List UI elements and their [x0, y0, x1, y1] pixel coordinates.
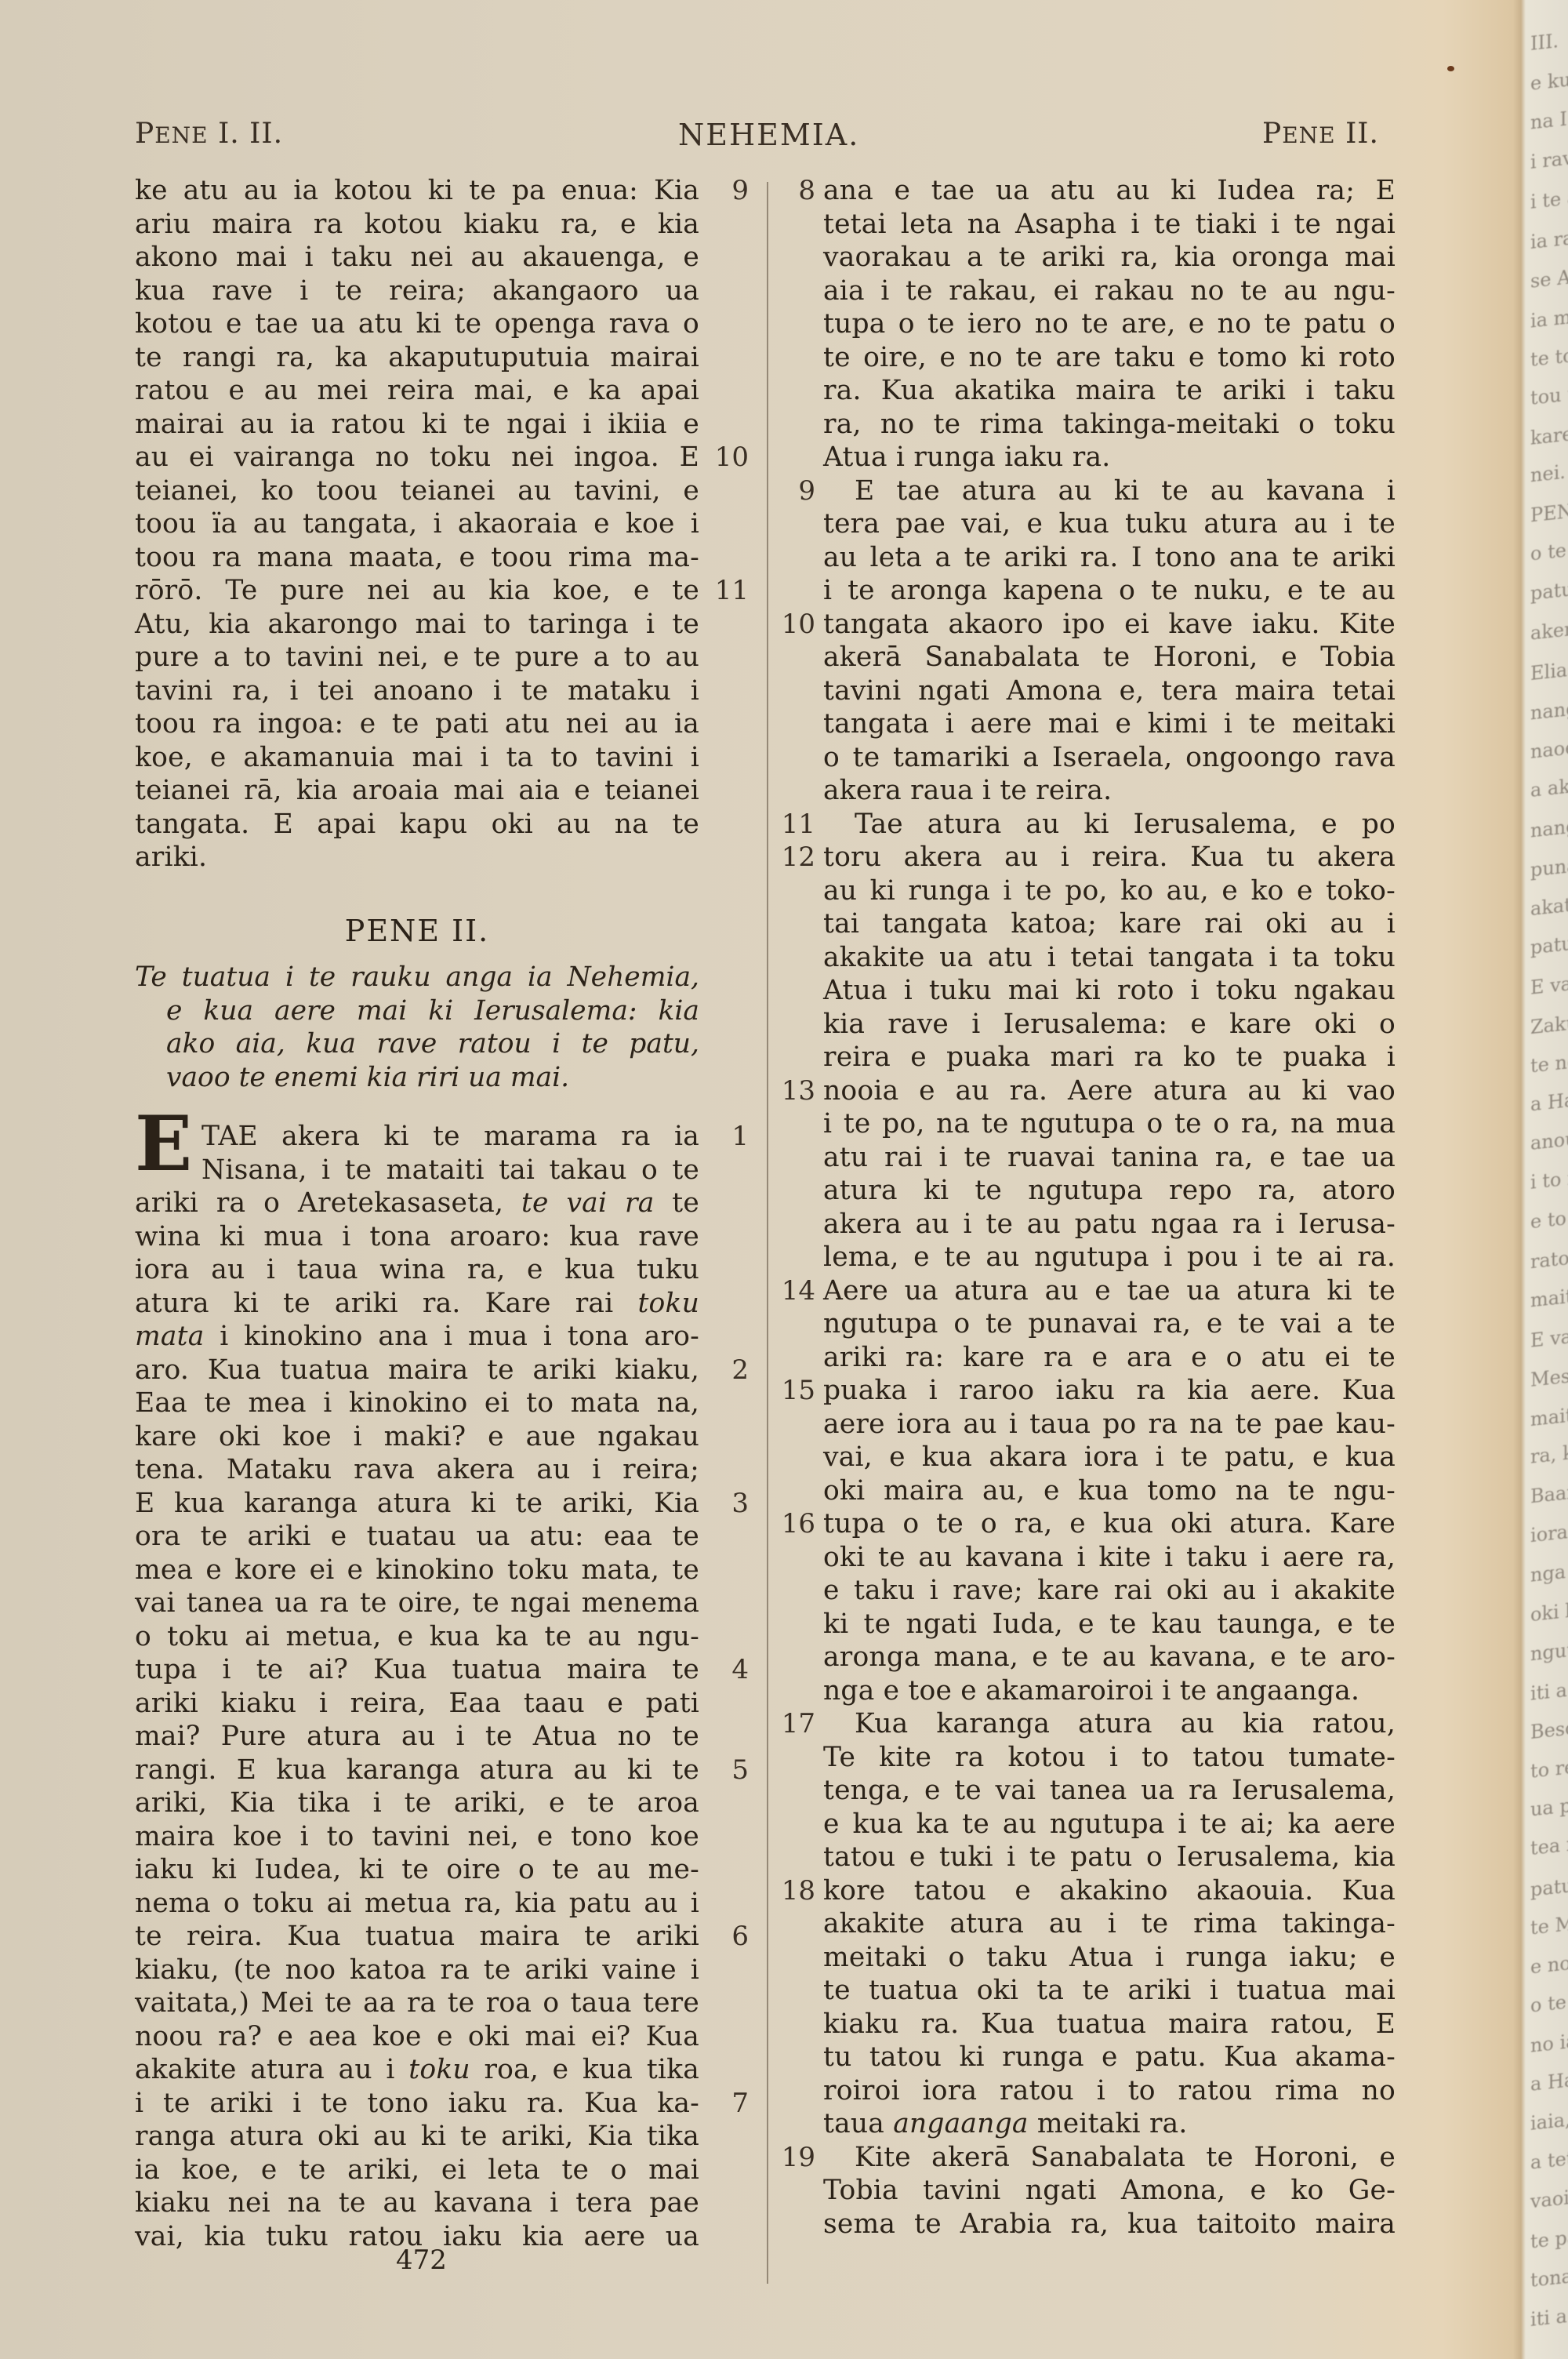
text-line: Atua i runga iaku ra.: [823, 441, 1396, 474]
text-line: reira e puaka mari ra ko te puaka i: [823, 1041, 1396, 1074]
verse-number: 9: [702, 174, 749, 207]
facing-page-text: iaia, k: [1530, 2106, 1568, 2135]
facing-page-text: Mesulam: [1530, 1360, 1568, 1391]
text-segment: tu tatou ki runga e patu. Kua akama-: [823, 2041, 1396, 2073]
text-line: mea e kore ei e kinokino toku mata, te: [135, 1554, 699, 1587]
text-segment: iora au i taua wina ra, e kua tuku: [135, 1254, 699, 1285]
running-header-right: PENE II.: [1262, 118, 1379, 150]
facing-page-text: o te: [1530, 540, 1566, 565]
running-header-left: PENE I. II.: [135, 118, 283, 150]
facing-page-text: ia matou: [1530, 301, 1568, 332]
verse-number: 7: [702, 2087, 749, 2120]
text-line: ana e tae ua atu au ki Iudea ra; E: [823, 174, 1396, 207]
text-line: vaitata,) Mei te aa ra te roa o taua ter…: [135, 1986, 699, 2019]
text-line: mai? Pure atura au i te Atua no te: [135, 1720, 699, 1753]
facing-page-text: i to re: [1530, 1165, 1568, 1194]
text-line: nga e toe e akamaroiroi i te angaanga.: [823, 1674, 1396, 1707]
text-line: oki maira au, e kua tomo na te ngu-: [823, 1474, 1396, 1507]
text-segment: oki maira au, e kua tomo na te ngu-: [823, 1475, 1396, 1507]
facing-page-text: E vaitata: [1530, 1321, 1568, 1351]
verse-number: 12: [768, 841, 815, 874]
facing-page-text: a Hase: [1530, 1087, 1568, 1116]
text-segment: te: [654, 1187, 699, 1219]
text-line: Te kite ra kotou i to tatou tumate-: [823, 1741, 1396, 1774]
facing-page-text: vaoia: [1530, 2186, 1568, 2213]
text-segment: i te aronga kapena o te nuku, e te au: [823, 575, 1396, 606]
text-line: rōrō. Te pure nei au kia koe, e te: [135, 574, 699, 607]
text-line: vai tanea ua ra te oire, te ngai menema: [135, 1587, 699, 1619]
facing-page-text: nei.: [1530, 461, 1566, 487]
text-segment: nema o toku ai metua ra, kia patu au i: [135, 1888, 699, 1919]
text-line: koe, e akamanuia mai i ta to tavini i: [135, 741, 699, 774]
facing-page-text: no iaia,: [1530, 2027, 1568, 2056]
text-segment: lema, e te au ngutupa i pou i te ai ra.: [823, 1241, 1396, 1273]
text-segment: akakite atura au i: [135, 2054, 408, 2085]
text-segment: akerā Sanabalata te Horoni, e Tobia: [823, 642, 1396, 673]
text-segment: Te kite ra kotou i to tatou tumate-: [823, 1742, 1396, 1773]
text-segment: vaitata,) Mei te aa ra te roa o taua ter…: [135, 1987, 699, 2019]
text-segment: reira e puaka mari ra ko te puaka i: [823, 1041, 1396, 1073]
text-segment: kiaku ra. Kua tuatua maira ratou, E: [823, 2008, 1396, 2040]
text-segment: aere iora au i taua po ra na te pae kau-: [823, 1408, 1396, 1440]
facing-page-text: a teta: [1530, 2146, 1568, 2173]
verse-number: 5: [702, 1754, 749, 1787]
text-line: oki te au kavana i kite i taku i aere ra…: [823, 1541, 1396, 1574]
facing-page-text: oki ki te: [1530, 1596, 1568, 1626]
text-line: akono mai i taku nei au akauenga, e: [135, 241, 699, 274]
running-header-book-title: NEHEMIA.: [678, 118, 859, 152]
text-segment: iaku ki Iudea, ki te oire o te au me-: [135, 1854, 699, 1885]
text-segment: puaka i raroo iaku ra kia aere. Kua: [823, 1375, 1396, 1406]
text-line: ke atu au ia kotou ki te pa enua: Kia: [135, 174, 699, 207]
text-line: kore tatou e akakino akaouia. Kua: [823, 1874, 1396, 1907]
text-line: Tae atura au ki Ierusalema, e po: [855, 808, 1396, 841]
text-line: vai, e kua akara iora i te patu, e kua: [823, 1441, 1396, 1474]
text-line: ngutupa o te punavai ra, e te vai a te: [823, 1307, 1396, 1340]
text-segment: i kinokino ana i mua i tona aro-: [205, 1321, 699, 1352]
summary-line: vaoo te enemi kia riri ua mai.: [166, 1061, 699, 1094]
facing-page-text: nanga m: [1530, 811, 1568, 841]
text-segment: e taku i rave; kare rai oki au i akakite: [823, 1575, 1396, 1606]
facing-page-text: III.: [1530, 30, 1559, 55]
text-segment: o toku ai metua, e kua ka te au ngu-: [135, 1621, 699, 1652]
text-line: Nisana, i te mataiti tai takau o te: [201, 1154, 699, 1187]
text-line: E kua karanga atura ki te ariki, Kia: [135, 1487, 699, 1520]
text-line: iora au i taua wina ra, e kua tuku: [135, 1253, 699, 1286]
text-line: aronga mana, e te au kavana, e te aro-: [823, 1641, 1396, 1674]
facing-page-text: tona r: [1530, 2263, 1568, 2292]
text-line: TAE akera ki te marama ra ia: [201, 1120, 699, 1153]
facing-page-text: iora to: [1530, 1518, 1568, 1547]
text-segment: akakite atura au i te rima takinga-: [823, 1908, 1396, 1939]
text-line: au ki runga i te po, ko au, e ko e toko-: [823, 874, 1396, 907]
verse-number: 11: [702, 574, 749, 607]
text-segment: Tobia tavini ngati Amona, e ko Ge-: [823, 2175, 1396, 2206]
text-segment: i te po, na te ngutupa o te o ra, na mua: [823, 1108, 1396, 1140]
text-line: au ei vairanga no toku nei ingoa. E: [135, 441, 699, 474]
facing-page-text: Eliasiba: [1530, 655, 1568, 685]
text-segment: tena. Mataku rava akera au i reira;: [135, 1454, 699, 1485]
text-segment: ra. Kua akatika maira te ariki i taku: [823, 375, 1396, 406]
text-segment: tatou e tuki i te patu o Ierusalema, kia: [823, 1841, 1396, 1873]
verse-number: 15: [768, 1374, 815, 1407]
text-line: toou ra ingoa: e te pati atu nei au ia: [135, 707, 699, 740]
text-segment: TAE akera ki te marama ra ia: [201, 1121, 699, 1152]
text-line: i te aronga kapena o te nuku, e te au: [823, 574, 1396, 607]
text-line: tera pae vai, e kua tuku atura au i te: [823, 507, 1396, 540]
facing-page-text: te Men: [1530, 1910, 1568, 1939]
text-segment: meitaki ra.: [1029, 2108, 1188, 2139]
verse-number: 16: [768, 1507, 815, 1540]
text-line: E tae atura au ki te au kavana i: [855, 474, 1396, 507]
verse-number: 2: [702, 1354, 749, 1387]
text-line: Atua i tuku mai ki roto i toku ngakau: [823, 974, 1396, 1007]
text-line: kotou e tae ua atu ki te openga rava o: [135, 307, 699, 340]
text-line: ariki ra: kare ra e ara e o atu ei te: [823, 1341, 1396, 1374]
text-segment: mai? Pure atura au i te Atua no te: [135, 1721, 699, 1752]
text-line: ariki.: [135, 841, 699, 874]
text-segment: rangi. E kua karanga atura au ki te: [135, 1754, 699, 1786]
facing-page-text: Besodei: [1530, 1714, 1568, 1743]
text-segment: kiaku nei na te au kavana i tera pae: [135, 2187, 699, 2219]
text-segment: te oire, e no te are taku e tomo ki roto: [823, 342, 1396, 373]
text-segment: tetai leta na Asapha i te tiaki i te nga…: [823, 209, 1396, 240]
facing-page-text: tea r: [1530, 1833, 1568, 1859]
text-line: tai tangata katoa; kare rai oki au i: [823, 907, 1396, 940]
text-line: iaku ki Iudea, ki te oire o te au me-: [135, 1853, 699, 1886]
text-segment: o te tamariki a Iseraela, ongoongo rava: [823, 742, 1396, 773]
text-line: ra, no te rima takinga-meitaki o toku: [823, 408, 1396, 441]
text-segment: ngutupa o te punavai ra, e te vai a te: [823, 1308, 1396, 1339]
text-line: te rangi ra, ka akaputuputuia mairai: [135, 341, 699, 374]
text-segment: atura ki te ariki ra. Kare rai: [135, 1288, 637, 1319]
text-line: i te po, na te ngutupa o te o ra, na mua: [823, 1107, 1396, 1140]
text-line: taua angaanga meitaki ra.: [823, 2107, 1396, 2140]
facing-page-text: te ngutu: [1530, 1047, 1568, 1078]
summary-line: Te tuatua i te rauku anga ia Nehemia,: [135, 961, 699, 994]
text-line: aere iora au i taua po ra na te pae kau-: [823, 1408, 1396, 1441]
text-line: kiaku, (te noo katoa ra te ariki vaine i: [135, 1954, 699, 1986]
text-line: akakite atura au i te rima takinga-: [823, 1907, 1396, 1940]
text-line: kiaku nei na te au kavana i tera pae: [135, 2186, 699, 2219]
text-line: toru akera au i reira. Kua tu akera: [823, 841, 1396, 874]
book-page: PENE I. II. NEHEMIA. PENE II. ke atu au …: [0, 0, 1517, 2359]
text-line: tenga, e te vai tanea ua ra Ierusalema,: [823, 1774, 1396, 1807]
text-line: teianei rā, kia aroaia mai aia e teianei: [135, 774, 699, 807]
italic-text: te vai ra: [521, 1187, 655, 1219]
text-line: o toku ai metua, e kua ka te au ngu-: [135, 1620, 699, 1653]
drop-cap: E: [135, 1111, 192, 1177]
text-line: Kua karanga atura au kia ratou,: [855, 1707, 1396, 1740]
text-line: ki te ngati Iuda, e te kau taunga, e te: [823, 1608, 1396, 1641]
text-line: mairai au ia ratou ki te ngai i ikiia e: [135, 408, 699, 441]
text-line: kare oki koe i maki? e aue ngakau: [135, 1420, 699, 1453]
text-line: te tuatua oki ta te ariki i tuatua mai: [823, 1974, 1396, 2007]
text-segment: tangata i aere mai e kimi i te meitaki: [823, 708, 1396, 740]
text-line: kia rave i Ierusalema: e kare oki o: [823, 1008, 1396, 1041]
text-line: tupa i te ai? Kua tuatua maira te: [135, 1653, 699, 1686]
italic-text: toku: [637, 1288, 699, 1319]
text-line: akakite atura au i toku roa, e kua tika: [135, 2053, 699, 2086]
text-segment: akera au i te au patu ngaa ra i Ierusa-: [823, 1209, 1396, 1240]
text-line: te oire, e no te are taku e tomo ki roto: [823, 341, 1396, 374]
facing-page-text: e to re: [1530, 1205, 1568, 1233]
text-line: tavini ra, i tei anoano i te mataku i: [135, 674, 699, 707]
text-line: e kua ka te au ngutupa i te ai; ka aere: [823, 1808, 1396, 1841]
facing-page-text: to reira: [1530, 1753, 1568, 1783]
text-segment: ra, no te rima takinga-meitaki o toku: [823, 409, 1396, 440]
verse-number: 3: [702, 1487, 749, 1520]
text-segment: taua: [823, 2108, 893, 2139]
text-line: tupa o te o ra, e kua oki atura. Kare: [823, 1507, 1396, 1540]
text-segment: roiroi iora ratou i to ratou rima no: [823, 2075, 1396, 2106]
text-line: tangata. E apai kapu oki au na te: [135, 808, 699, 841]
text-line: tangata akaoro ipo ei kave iaku. Kite: [823, 608, 1396, 641]
text-line: tavini ngati Amona e, tera maira tetai: [823, 674, 1396, 707]
text-segment: kiaku, (te noo katoa ra te ariki vaine i: [135, 1954, 699, 1986]
text-line: kiaku ra. Kua tuatua maira ratou, E: [823, 2008, 1396, 2041]
verse-number: 17: [768, 1707, 815, 1740]
text-line: aro. Kua tuatua maira te ariki kiaku,: [135, 1354, 699, 1387]
text-segment: tera pae vai, e kua tuku atura au i te: [823, 508, 1396, 540]
text-segment: Aere ua atura au e tae ua atura ki te: [823, 1275, 1396, 1307]
facing-page-text: naoe ra: [1530, 733, 1568, 763]
verse-number: 1: [702, 1120, 749, 1153]
text-segment: ariki kiaku i reira, Eaa taau e pati: [135, 1688, 699, 1719]
text-line: vaorakau a te ariki ra, kia oronga mai: [823, 241, 1396, 274]
facing-page-text: tou tu: [1530, 381, 1568, 409]
text-segment: te tuatua oki ta te ariki i tuatua mai: [823, 1975, 1396, 2006]
italic-text: mata: [135, 1321, 205, 1352]
text-segment: ki te ngati Iuda, e te kau taunga, e te: [823, 1608, 1396, 1640]
text-segment: ranga atura oki au ki te ariki, Kia tika: [135, 2121, 699, 2152]
text-line: roiroi iora ratou i to ratou rima no: [823, 2074, 1396, 2107]
text-segment: nooia e au ra. Aere atura au ki vao: [823, 1075, 1396, 1107]
facing-page-text: Zakura te: [1530, 1007, 1568, 1038]
verse-number: 11: [768, 808, 815, 841]
text-line: i te ariki i te tono iaku ra. Kua ka-: [135, 2087, 699, 2120]
verse-number: 14: [768, 1274, 815, 1307]
text-segment: akera raua i te reira.: [823, 775, 1112, 806]
text-line: akerā Sanabalata te Horoni, e Tobia: [823, 641, 1396, 674]
verse-number: 10: [702, 441, 749, 474]
text-segment: Atua i runga iaku ra.: [823, 442, 1110, 473]
facing-page-text: te patu: [1530, 2223, 1568, 2252]
text-segment: ariki ra o Aretekasaseta,: [135, 1187, 521, 1219]
text-line: aia i te rakau, ei rakau no te au ngu-: [823, 274, 1396, 307]
verse-number: 19: [768, 2141, 815, 2174]
facing-page-text: maiti a M: [1530, 1399, 1568, 1430]
facing-page-text: anou i: [1530, 1126, 1568, 1154]
facing-page-text: o te k: [1530, 1989, 1568, 2016]
text-segment: wina ki mua i tona aroaro: kua rave: [135, 1221, 699, 1252]
text-segment: vaorakau a te ariki ra, kia oronga mai: [823, 242, 1396, 273]
text-segment: ana e tae ua atu au ki Iudea ra; E: [823, 175, 1396, 206]
text-line: e taku i rave; kare rai oki au i akakite: [823, 1574, 1396, 1607]
text-segment: kare oki koe i maki? e aue ngakau: [135, 1421, 699, 1452]
text-segment: nga e toe e akamaroiroi i te angaanga.: [823, 1675, 1359, 1707]
facing-page-text: kare ok: [1530, 420, 1568, 449]
facing-page-text: ua pa: [1530, 1793, 1568, 1820]
verse-number: 13: [768, 1074, 815, 1107]
text-line: tena. Mataku rava akera au i reira;: [135, 1453, 699, 1486]
facing-page-text: patu: [1530, 578, 1568, 605]
text-line: toou ra mana maata, e toou rima ma-: [135, 541, 699, 574]
text-line: Tobia tavini ngati Amona, e ko Ge-: [823, 2174, 1396, 2207]
text-segment: maira koe i to tavini nei, e tono koe: [135, 1821, 699, 1852]
verse-number: 10: [768, 608, 815, 641]
text-segment: i te ariki i te tono iaku ra. Kua ka-: [135, 2088, 699, 2119]
text-line: tupa o te iero no te are, e no te patu o: [823, 307, 1396, 340]
text-segment: atura ki te ngutupa repo ra, atoro: [823, 1175, 1396, 1206]
text-segment: mea e kore ei e kinokino toku mata, te: [135, 1554, 699, 1586]
facing-page-text: ra, ku: [1530, 1440, 1568, 1467]
text-line: ariki, Kia tika i te ariki, e te aroa: [135, 1787, 699, 1819]
facing-page-text: ia ratou: [1530, 224, 1568, 253]
text-segment: akakite ua atu i tetai tangata i ta toku: [823, 942, 1396, 973]
text-line: atura ki te ngutupa repo ra, atoro: [823, 1174, 1396, 1207]
text-segment: tangata akaoro ipo ei kave iaku. Kite: [823, 609, 1396, 640]
verse-number: 9: [768, 474, 815, 507]
text-line: sema te Arabia ra, kua taitoito maira: [823, 2208, 1396, 2241]
text-line: mata i kinokino ana i mua i tona aro-: [135, 1320, 699, 1353]
text-segment: E tae atura au ki te au kavana i: [855, 475, 1396, 507]
text-line: lema, e te au ngutupa i pou i te ai ra.: [823, 1241, 1396, 1274]
text-line: ariki ra o Aretekasaseta, te vai ra te: [135, 1187, 699, 1219]
facing-page-text: patu io: [1530, 930, 1568, 959]
text-segment: aia i te rakau, ei rakau no te au ngu-: [823, 275, 1396, 307]
text-segment: kia rave i Ierusalema: e kare oki o: [823, 1009, 1396, 1040]
verse-number: 8: [768, 174, 815, 207]
text-segment: toru akera au i reira. Kua tu akera: [823, 841, 1396, 873]
text-line: wina ki mua i tona aroaro: kua rave: [135, 1220, 699, 1253]
text-segment: Tae atura au ki Ierusalema, e po: [855, 809, 1396, 840]
text-segment: meitaki o taku Atua i runga iaku; e: [823, 1942, 1396, 1973]
facing-page-text: punangu: [1530, 850, 1568, 881]
text-line: rangi. E kua karanga atura au ki te: [135, 1754, 699, 1787]
text-line: tetai leta na Asapha i te tiaki i te nga…: [823, 208, 1396, 241]
text-segment: Atua i tuku mai ki roto i toku ngakau: [823, 975, 1396, 1006]
text-line: tatou e tuki i te patu o Ierusalema, kia: [823, 1841, 1396, 1874]
text-segment: aro. Kua tuatua maira te ariki kiaku,: [135, 1354, 699, 1386]
text-line: akera au i te au patu ngaa ra i Ierusa-: [823, 1208, 1396, 1241]
text-line: maira koe i to tavini nei, e tono koe: [135, 1820, 699, 1853]
text-segment: vai tanea ua ra te oire, te ngai menema: [135, 1587, 699, 1619]
text-segment: e kua ka te au ngutupa i te ai; ka aere: [823, 1808, 1396, 1840]
text-segment: sema te Arabia ra, kua taitoito maira: [823, 2208, 1396, 2240]
text-segment: noou ra? e aea koe e oki mai ei? Kua: [135, 2021, 699, 2052]
text-segment: tai tangata katoa; kare rai oki au i: [823, 908, 1396, 940]
summary-line: ako aia, kua rave ratou i te patu,: [166, 1027, 699, 1060]
facing-page-text: iti a H: [1530, 2303, 1568, 2331]
text-line: ariki kiaku i reira, Eaa taau e pati: [135, 1687, 699, 1720]
facing-page-text: e ku: [1530, 68, 1568, 94]
text-segment: oki te au kavana i kite i taku i aere ra…: [823, 1542, 1396, 1573]
text-line: te reira. Kua tuatua maira te ariki: [135, 1920, 699, 1953]
text-segment: tupa o te iero no te are, e no te patu o: [823, 308, 1396, 340]
text-segment: kore tatou e akakino akaouia. Kua: [823, 1875, 1396, 1906]
text-segment: roa, e kua tika: [470, 2054, 699, 2085]
text-line: Eaa te mea i kinokino ei to mata na,: [135, 1387, 699, 1419]
text-line: Atu, kia akarongo mai to taringa i te: [135, 608, 699, 641]
text-line: teianei, ko toou teianei au tavini, e: [135, 474, 699, 507]
text-line: ia koe, e te ariki, ei leta te o mai: [135, 2154, 699, 2186]
text-line: ora te ariki e tuatau ua atu: eaa te: [135, 1520, 699, 1553]
facing-page-text: Baana.: [1530, 1479, 1568, 1508]
text-line: tangata i aere mai e kimi i te meitaki: [823, 707, 1396, 740]
text-segment: Nisana, i te mataiti tai takau o te: [201, 1154, 699, 1186]
chapter-heading: PENE II.: [135, 914, 699, 948]
facing-page-text: E vaitata: [1530, 968, 1568, 998]
text-line: tu tatou ki runga e patu. Kua akama-: [823, 2041, 1396, 2074]
facing-page-text: i te ar: [1530, 185, 1568, 213]
verse-number: 18: [768, 1874, 815, 1907]
text-line: Kite akerā Sanabalata te Horoni, e: [855, 2141, 1396, 2174]
text-segment: vai, e kua akara iora i te patu, e kua: [823, 1441, 1396, 1473]
text-line: Aere ua atura au e tae ua atura ki te: [823, 1274, 1396, 1307]
text-line: kua rave i te reira; akangaoro ua: [135, 274, 699, 307]
text-line: toou ïa au tangata, i akaoraia e koe i: [135, 507, 699, 540]
text-segment: E kua karanga atura ki te ariki, Kia: [135, 1488, 699, 1519]
text-line: ra. Kua akatika maira te ariki i taku: [823, 374, 1396, 407]
text-line: akera raua i te reira.: [823, 774, 1396, 807]
facing-page-text: a akat: [1530, 773, 1568, 801]
text-segment: au ki runga i te po, ko au, e ko e toko-: [823, 875, 1396, 907]
italic-text: toku: [408, 2054, 470, 2085]
facing-page-text: te toma: [1530, 341, 1568, 371]
facing-page-text: PENI: [1530, 500, 1568, 527]
text-line: nooia e au ra. Aere atura au ki vao: [823, 1074, 1396, 1107]
facing-page-text: maiti a: [1530, 1283, 1568, 1312]
italic-text: angaanga: [893, 2108, 1028, 2139]
facing-page-text: a Han: [1530, 2067, 1568, 2095]
text-line: pure a to tavini nei, e te pure a to au: [135, 641, 699, 674]
text-line: atura ki te ariki ra. Kare rai toku: [135, 1287, 699, 1320]
facing-page-text: i rav: [1530, 147, 1568, 173]
verse-number: 6: [702, 1920, 749, 1953]
text-segment: ora te ariki e tuatau ua atu: eaa te: [135, 1521, 699, 1552]
facing-page-text: akera: [1530, 616, 1568, 644]
text-line: o te tamariki a Iseraela, ongoongo rava: [823, 741, 1396, 774]
text-segment: te reira. Kua tuatua maira te ariki: [135, 1921, 699, 1952]
facing-page-text: na I: [1530, 108, 1567, 134]
facing-page-text: iti a Pase: [1530, 1674, 1568, 1705]
facing-page-text: akatapu: [1530, 890, 1568, 920]
text-segment: aronga mana, e te au kavana, e te aro-: [823, 1641, 1396, 1673]
facing-page-text: patu iora: [1530, 1870, 1568, 1901]
text-segment: atu rai i te ruavai tanina ra, e tae ua: [823, 1142, 1396, 1173]
facing-page-text: se Atua: [1530, 263, 1568, 293]
text-line: nema o toku ai metua ra, kia patu au i: [135, 1887, 699, 1920]
paper-speck: [1447, 66, 1454, 71]
facing-page-text: ratou ra: [1530, 1243, 1568, 1273]
text-line: noou ra? e aea koe e oki mai ei? Kua: [135, 2020, 699, 2053]
summary-line: e kua aere mai ki Ierusalema: kia: [166, 994, 699, 1027]
facing-page-text: nanga, e: [1530, 694, 1568, 725]
text-line: ariu maira ra kotou kiaku ra, e kia: [135, 208, 699, 241]
text-line: atu rai i te ruavai tanina ra, e tae ua: [823, 1141, 1396, 1174]
text-line: puaka i raroo iaku ra kia aere. Kua: [823, 1374, 1396, 1407]
text-segment: Eaa te mea i kinokino ei to mata na,: [135, 1387, 699, 1419]
text-line: ratou e au mei reira mai, e ka apai: [135, 374, 699, 407]
text-line: ranga atura oki au ki te ariki, Kia tika: [135, 2120, 699, 2153]
text-segment: Kua karanga atura au kia ratou,: [855, 1708, 1396, 1739]
facing-page-text: ngutupa: [1530, 1635, 1568, 1666]
text-segment: au leta a te ariki ra. I tono ana te ari…: [823, 542, 1396, 573]
text-segment: tupa o te o ra, e kua oki atura. Kare: [823, 1508, 1396, 1539]
text-line: au leta a te ariki ra. I tono ana te ari…: [823, 541, 1396, 574]
text-segment: tavini ngati Amona e, tera maira tetai: [823, 675, 1396, 707]
